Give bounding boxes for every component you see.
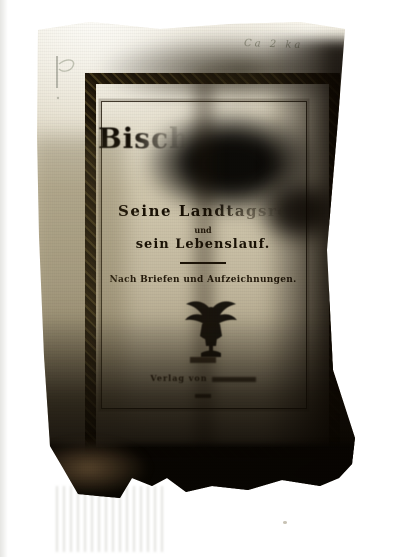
scanned-page-canvas: Ca 2 ka Bisch Seine Landtagsre und sein … bbox=[0, 0, 400, 557]
pencil-bracket-icon bbox=[50, 54, 84, 104]
pencil-note: Ca 2 ka bbox=[244, 38, 354, 53]
torn-edge-chip bbox=[88, 479, 122, 491]
divider-rule bbox=[180, 262, 226, 264]
book-title-page: Ca 2 ka Bisch Seine Landtagsre und sein … bbox=[36, 16, 356, 502]
torn-edge-chip bbox=[176, 473, 199, 482]
imprint-block: Verlag von bbox=[50, 354, 356, 402]
series-line: Seine Landtagsre bbox=[118, 202, 288, 220]
imprint-publisher-text: Verlag von bbox=[150, 373, 207, 383]
torn-edge-chip bbox=[128, 467, 168, 478]
pencil-bracket-mark bbox=[50, 54, 84, 104]
imprint-smudge-city bbox=[190, 357, 216, 363]
torn-edge-chip bbox=[56, 473, 83, 485]
imprint-smudge-name bbox=[212, 377, 256, 382]
imprint-publisher-line: Verlag von bbox=[50, 373, 356, 383]
conjunction-line: und bbox=[50, 225, 356, 235]
byline: Nach Briefen und Aufzeichnungen. bbox=[50, 275, 356, 285]
subtitle-line: sein Lebenslauf. bbox=[50, 237, 356, 252]
eagle-emblem-icon bbox=[183, 296, 239, 358]
dust-speck bbox=[283, 521, 287, 524]
scanner-edge-streak bbox=[0, 0, 8, 557]
imprint-smudge-year bbox=[195, 394, 211, 398]
title-fragment: Bisch bbox=[98, 122, 190, 155]
